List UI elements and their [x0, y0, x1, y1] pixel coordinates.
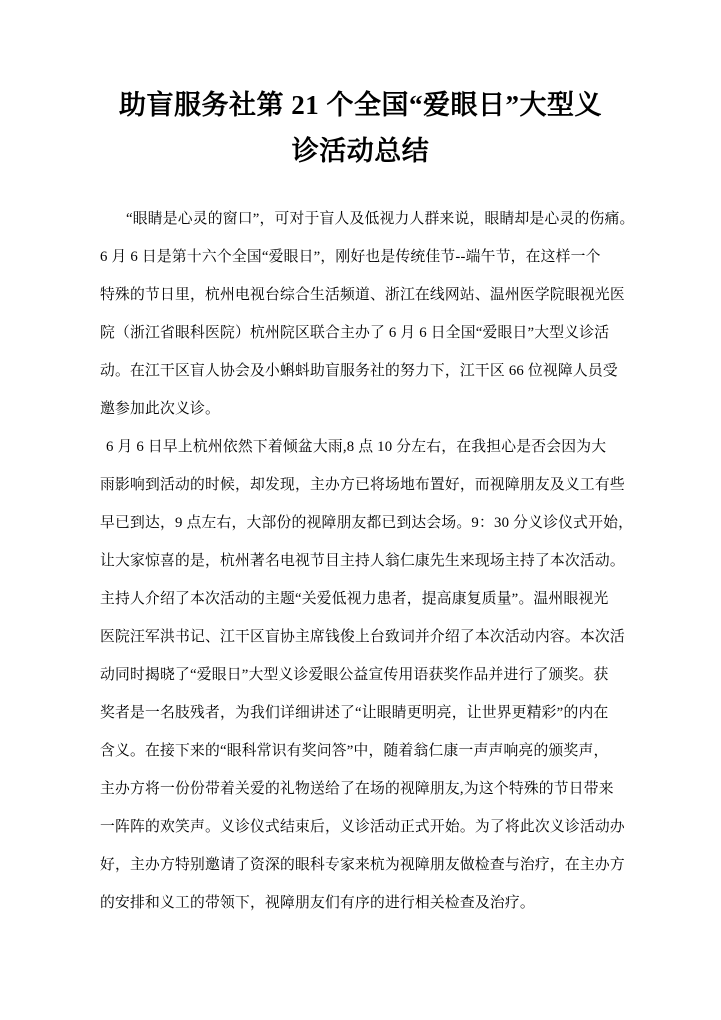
body-line: 一阵阵的欢笑声。义诊仪式结束后，义诊活动正式开始。为了将此次义诊活动办 — [100, 808, 621, 846]
body-line: 邀参加此次义诊。 — [100, 390, 621, 428]
body-line: 动。在江干区盲人协会及小蝌蚪助盲服务社的努力下，江干区 66 位视障人员受 — [100, 352, 621, 390]
body-line: 雨影响到活动的时候，却发现，主办方已将场地布置好，而视障朋友及义工有些 — [100, 466, 621, 504]
paragraph: “眼睛是心灵的窗口”，可对于盲人及低视力人群来说，眼睛却是心灵的伤痛。 6 月 … — [100, 200, 621, 428]
paragraph: 6 月 6 日早上杭州依然下着倾盆大雨,8 点 10 分左右，在我担心是否会因为… — [100, 428, 621, 922]
body-line: 让大家惊喜的是，杭州著名电视节目主持人翁仁康先生来现场主持了本次活动。 — [100, 542, 621, 580]
body-line: 动同时揭晓了“爱眼日”大型义诊爱眼公益宣传用语获奖作品并进行了颁奖。获 — [100, 656, 621, 694]
body-line: 早已到达，9 点左右，大部份的视障朋友都已到达会场。9：30 分义诊仪式开始， — [100, 504, 621, 542]
body-line: 特殊的节日里，杭州电视台综合生活频道、浙江在线网站、温州医学院眼视光医 — [100, 276, 621, 314]
body-line: 主办方将一份份带着关爱的礼物送给了在场的视障朋友,为这个特殊的节日带来 — [100, 770, 621, 808]
document-title-line: 助盲服务社第 21 个全国“爱眼日”大型义 — [100, 82, 621, 128]
body-line: 医院汪军洪书记、江干区盲协主席钱俊上台致词并介绍了本次活动内容。本次活 — [100, 618, 621, 656]
document-page: 助盲服务社第 21 个全国“爱眼日”大型义 诊活动总结 “眼睛是心灵的窗口”，可… — [0, 0, 721, 1020]
document-title-line: 诊活动总结 — [100, 128, 621, 174]
document-body: “眼睛是心灵的窗口”，可对于盲人及低视力人群来说，眼睛却是心灵的伤痛。 6 月 … — [100, 200, 621, 922]
body-line: 的安排和义工的带领下，视障朋友们有序的进行相关检查及治疗。 — [100, 884, 621, 922]
body-line: 院（浙江省眼科医院）杭州院区联合主办了 6 月 6 日全国“爱眼日”大型义诊活 — [100, 314, 621, 352]
body-line: 主持人介绍了本次活动的主题“关爱低视力患者，提高康复质量”。温州眼视光 — [100, 580, 621, 618]
document-title: 助盲服务社第 21 个全国“爱眼日”大型义 诊活动总结 — [100, 82, 621, 174]
body-line: 含义。在接下来的“眼科常识有奖问答”中，随着翁仁康一声声响亮的颁奖声， — [100, 732, 621, 770]
body-line: 6 月 6 日是第十六个全国“爱眼日”，刚好也是传统佳节--端午节，在这样一个 — [100, 238, 621, 276]
body-line: 奖者是一名肢残者，为我们详细讲述了“让眼睛更明亮，让世界更精彩”的内在 — [100, 694, 621, 732]
body-line: “眼睛是心灵的窗口”，可对于盲人及低视力人群来说，眼睛却是心灵的伤痛。 — [100, 200, 621, 238]
body-line: 6 月 6 日早上杭州依然下着倾盆大雨,8 点 10 分左右，在我担心是否会因为… — [100, 428, 621, 466]
body-line: 好，主办方特别邀请了资深的眼科专家来杭为视障朋友做检查与治疗，在主办方 — [100, 846, 621, 884]
